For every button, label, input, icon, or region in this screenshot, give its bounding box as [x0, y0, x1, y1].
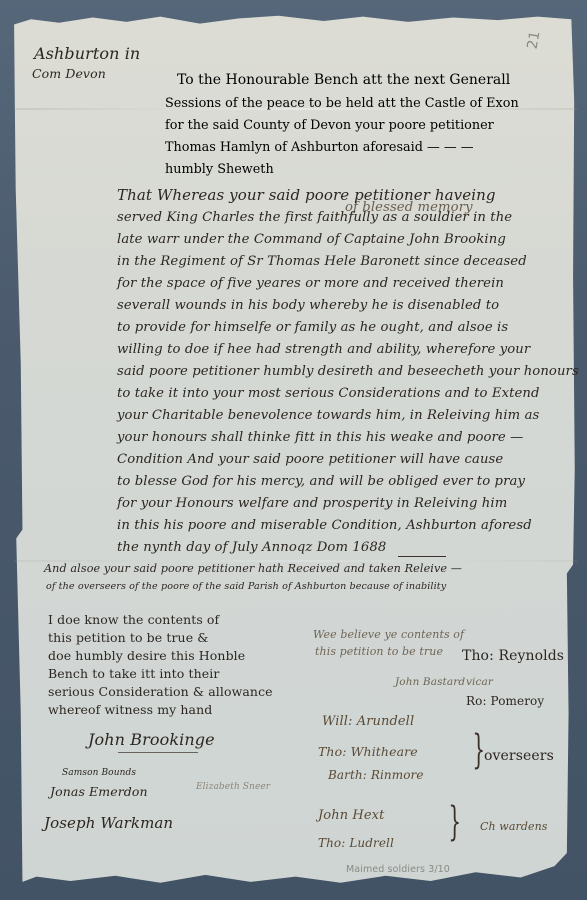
signature-role-vicar: vicar [466, 676, 493, 688]
heading-place-line1: Ashburton in [34, 44, 140, 63]
body-line: the nynth day of July Annoqz Dom 1688 [117, 540, 386, 555]
signature-overseer: Barth: Rinmore [328, 768, 424, 782]
address-line: Sessions of the peace to be held att the… [165, 96, 519, 111]
body-line: said poore petitioner humbly desireth an… [117, 364, 579, 379]
body-line: willing to doe if hee had strength and a… [117, 342, 530, 357]
minister-certificate-line: Wee believe ye contents of [313, 628, 464, 641]
body-line: for the space of five yeares or more and… [117, 276, 504, 291]
signature-joseph-warkman: Joseph Warkman [44, 814, 173, 832]
heading-place-line2: Com Devon [32, 66, 106, 81]
address-line: To the Honourable Bench att the next Gen… [177, 72, 510, 88]
body-line: late warr under the Command of Captaine … [117, 232, 506, 247]
signature-jonas-emerdon: Jonas Emerdon [50, 784, 148, 799]
signature-john-bastard: John Bastard [395, 676, 465, 688]
signature-john-brookinge: John Brookinge [88, 730, 215, 749]
body-line: to blesse God for his mercy, and will be… [117, 474, 525, 489]
postscript-line: of the overseers of the poore of the sai… [46, 581, 446, 592]
body-line: Condition And your said poore petitioner… [117, 452, 503, 467]
overseers-label: overseers [484, 748, 554, 764]
body-line: served King Charles the first faithfully… [117, 210, 512, 225]
minister-certificate-line: this petition to be true [315, 645, 443, 658]
body-line: in this his poore and miserable Conditio… [117, 518, 532, 533]
certificate-line: Bench to take itt into their [48, 666, 219, 681]
address-line: for the said County of Devon your poore … [165, 118, 494, 133]
signature-churchwarden: John Hext [318, 808, 384, 823]
signature-rule [118, 752, 198, 753]
body-line: to provide for himselfe or family as he … [117, 320, 508, 335]
signature-churchwarden: Tho: Ludrell [318, 836, 394, 850]
body-line: your honours shall thinke fitt in this h… [117, 430, 523, 445]
signature-ro-pomeroy: Ro: Pomeroy [466, 694, 544, 708]
signature-samson-bounds: Samson Bounds [62, 768, 136, 778]
certificate-line: whereof witness my hand [48, 702, 212, 717]
signature-overseer: Tho: Whitheare [318, 744, 418, 759]
churchwardens-brace: } [448, 802, 461, 842]
body-line: That Whereas your said poore petitioner … [117, 186, 496, 204]
archive-pencil-note: Maimed soldiers 3/10 [346, 864, 450, 875]
body-line: your Charitable benevolence towards him,… [117, 408, 539, 423]
certificate-line: serious Consideration & allowance [48, 684, 273, 699]
side-note: Elizabeth Sneer [196, 782, 270, 792]
address-line: humbly Sheweth [165, 162, 274, 177]
signature-tho-reynolds: Tho: Reynolds [462, 648, 564, 664]
address-line: Thomas Hamlyn of Ashburton aforesaid — —… [165, 140, 474, 155]
postscript-line: And alsoe your said poore petitioner hat… [44, 562, 462, 575]
folio-number: 21 [525, 30, 544, 51]
body-line: to take it into your most serious Consid… [117, 386, 540, 401]
body-line: for your Honours welfare and prosperity … [117, 496, 507, 511]
certificate-line: doe humbly desire this Honble [48, 648, 245, 663]
body-line: in the Regiment of Sr Thomas Hele Barone… [117, 254, 527, 269]
date-underline [398, 556, 446, 557]
certificate-line: I doe know the contents of [48, 612, 219, 627]
signature-overseer: Will: Arundell [322, 714, 414, 729]
body-line: severall wounds in his body whereby he i… [117, 298, 499, 313]
certificate-line: this petition to be true & [48, 630, 209, 645]
churchwardens-label: Ch wardens [480, 820, 548, 833]
